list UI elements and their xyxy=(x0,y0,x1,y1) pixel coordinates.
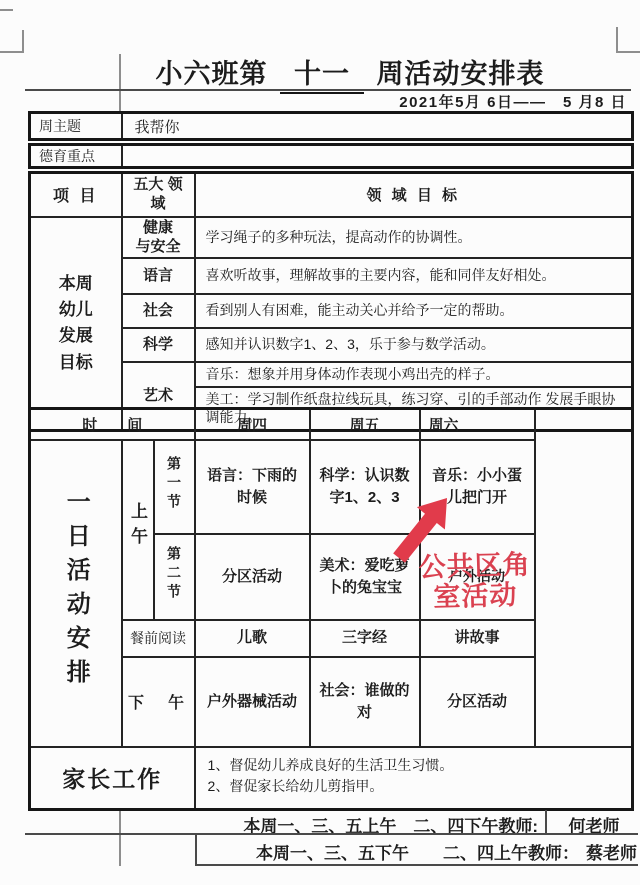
period1-label: 第一节 xyxy=(164,456,184,513)
project-header: 项 目 xyxy=(30,173,122,217)
parent-work-label: 家长工作 xyxy=(30,747,195,810)
footer-vertical-line xyxy=(195,833,197,866)
premeal-reading-label: 餐前阅读 xyxy=(122,620,195,657)
daily-schedule-side-cell: 一日活动安排 xyxy=(30,440,122,747)
page-title: 小六班第 十一 周活动安排表 xyxy=(60,52,640,94)
morning-cell: 上午 xyxy=(122,440,154,620)
period2-label: 第二节 xyxy=(164,546,184,603)
footer-teacher-divider xyxy=(545,810,547,834)
day-header-friday: 周五 xyxy=(310,409,420,440)
afternoon-label: 下 午 xyxy=(122,657,195,747)
goal-science: 感知并认识数字1、2、3，乐于参与数学活动。 xyxy=(195,328,633,362)
goal-social: 看到别人有困难，能主动关心并给予一定的帮助。 xyxy=(195,294,633,328)
crop-mark-top-left-horizontal xyxy=(0,51,24,53)
cell-friday-afternoon: 社会：谁做的对 xyxy=(310,657,420,747)
five-domains-header: 五大 领域 xyxy=(122,173,195,217)
crop-mark-top-right-vertical xyxy=(616,27,618,53)
morning-label: 上午 xyxy=(125,502,150,552)
week-theme-table: 周主题 我帮你 xyxy=(28,111,634,141)
domain-label-health: 健康 与安全 xyxy=(122,217,195,258)
parent-work-item-2: 2、督促家长给幼儿剪指甲。 xyxy=(196,776,632,798)
empty-right-column-cell xyxy=(535,409,633,747)
domain-label-science: 科学 xyxy=(122,328,195,362)
cell-thursday-premeal: 儿歌 xyxy=(195,620,310,657)
footer-rule-2 xyxy=(195,864,638,866)
parent-work-item-1: 1、督促幼儿养成良好的生活卫生习惯。 xyxy=(196,748,632,777)
footer-teacher-line-2: 本周一、三、五下午 二、四上午教师：蔡老师 xyxy=(200,839,637,864)
weekly-goals-side-label: 本周 幼儿 发展 目标 xyxy=(30,217,122,431)
title-week-number: 十一 xyxy=(280,52,364,94)
title-prefix: 小六班第 xyxy=(155,59,267,89)
domain-label-social: 社会 xyxy=(122,294,195,328)
cell-thursday-period2: 分区活动 xyxy=(195,534,310,620)
moral-focus-value xyxy=(122,145,633,168)
moral-focus-label: 德育重点 xyxy=(30,145,122,168)
domain-label-language: 语言 xyxy=(122,258,195,294)
footer-rule-1 xyxy=(25,833,638,835)
goal-language: 喜欢听故事，理解故事的主要内容，能和同伴友好相处。 xyxy=(195,258,633,294)
period2-cell: 第二节 xyxy=(154,534,195,620)
handwritten-note: 公共区角 室活动 xyxy=(409,549,541,613)
domain-targets-header: 领 域 目 标 xyxy=(195,173,633,217)
time-header: 时 间 xyxy=(30,409,195,440)
goal-health: 学习绳子的多种玩法，提高动作的协调性。 xyxy=(195,217,633,258)
schedule-table: 时 间 周四 周五 周六 一日活动安排 上午 第一节 语言：下雨的时候 科学：认… xyxy=(28,407,634,811)
moral-focus-table: 德育重点 xyxy=(28,143,634,169)
cell-friday-premeal: 三字经 xyxy=(310,620,420,657)
cell-saturday-premeal: 讲故事 xyxy=(420,620,535,657)
crop-mark-top-left-vertical xyxy=(22,30,24,53)
day-header-thursday: 周四 xyxy=(195,409,310,440)
week-theme-label: 周主题 xyxy=(30,113,122,140)
goals-table: 项 目 五大 领域 领 域 目 标 本周 幼儿 发展 目标 健康 与安全 学习绳… xyxy=(28,171,634,432)
day-header-saturday: 周六 xyxy=(420,409,535,440)
goal-art-music: 音乐：想象并用身体动作表现小鸡出壳的样子。 xyxy=(196,363,632,388)
scan-artifact-line-bottom xyxy=(119,808,121,866)
teacher-2-name: 蔡老师 xyxy=(586,844,637,863)
parent-work-cell: 1、督促幼儿养成良好的生活卫生习惯。 2、督促家长给幼儿剪指甲。 xyxy=(195,747,633,810)
date-range: 2021年5月 6日—— 5 月8 日 xyxy=(399,91,627,112)
footer-line-2-text: 本周一、三、五下午 二、四上午教师： xyxy=(256,844,579,863)
title-suffix: 周活动安排表 xyxy=(377,59,545,89)
cell-thursday-period1: 语言：下雨的时候 xyxy=(195,440,310,534)
daily-schedule-side-label: 一日活动安排 xyxy=(58,489,93,693)
cell-saturday-afternoon: 分区活动 xyxy=(420,657,535,747)
scan-tick-mark xyxy=(0,9,13,11)
week-theme-value: 我帮你 xyxy=(122,113,633,140)
cell-thursday-afternoon: 户外器械活动 xyxy=(195,657,310,747)
period1-cell: 第一节 xyxy=(154,440,195,534)
